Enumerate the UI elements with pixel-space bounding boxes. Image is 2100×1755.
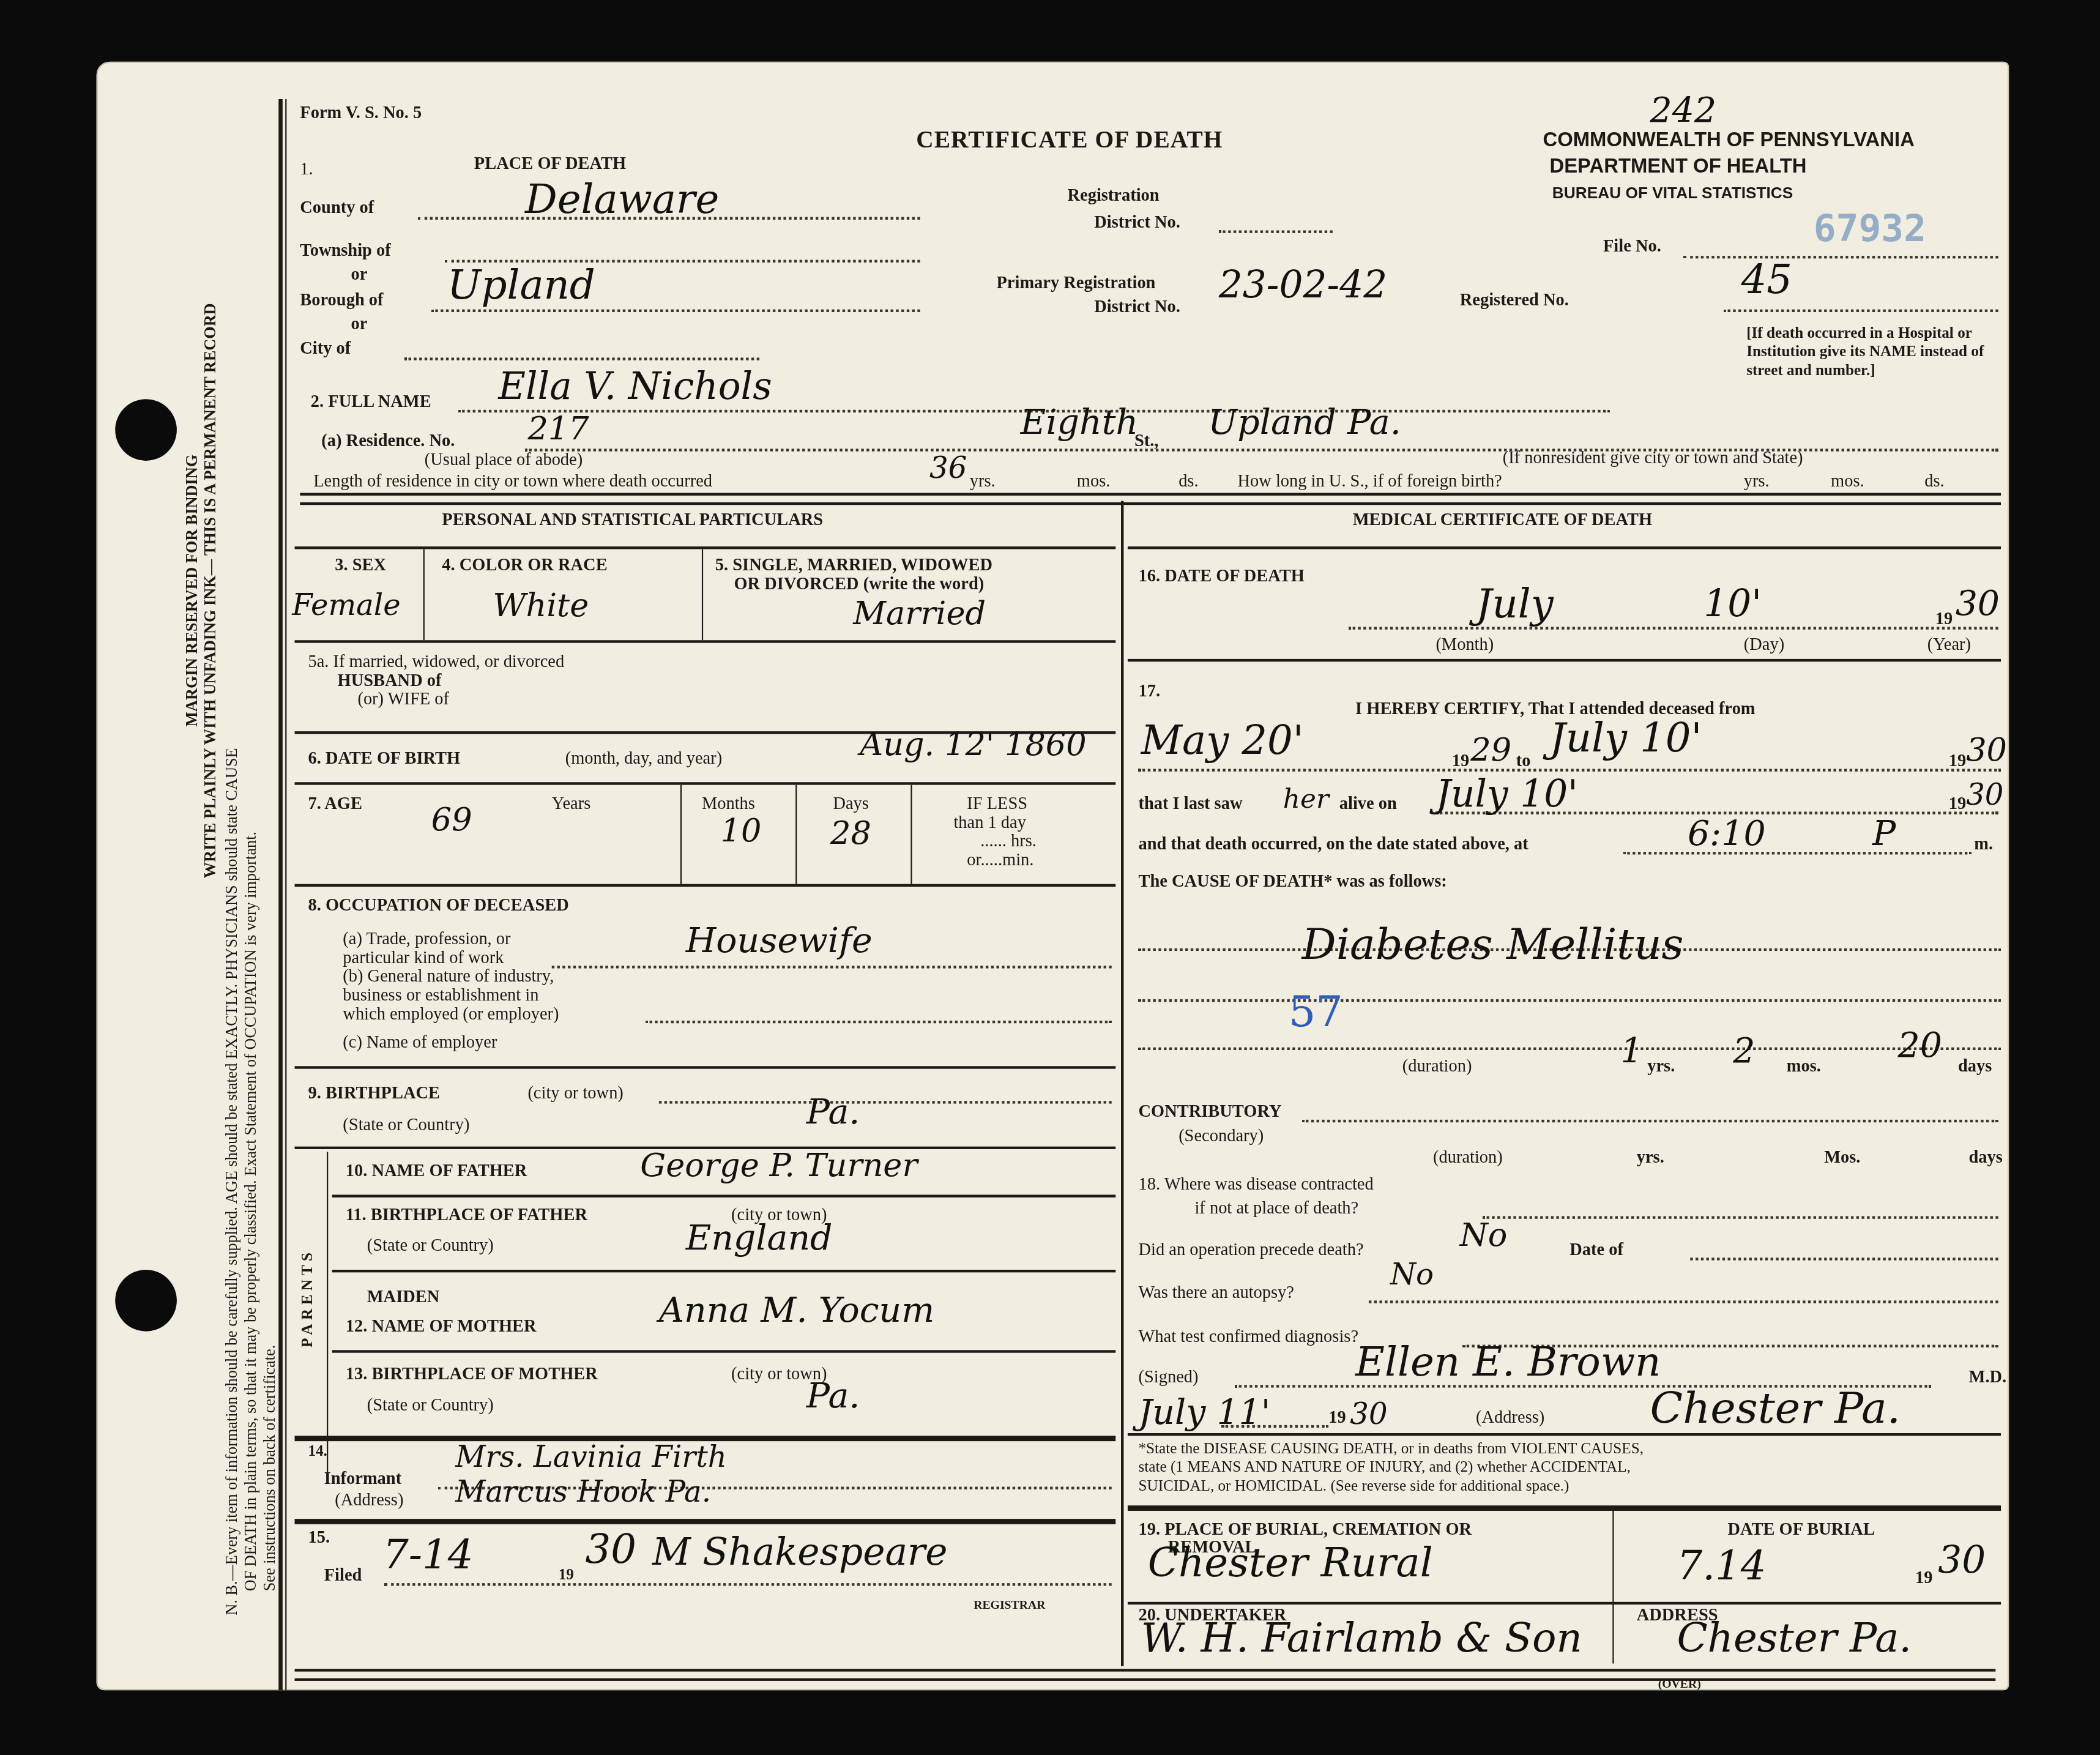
- parents-label: PARENTS: [300, 1248, 316, 1347]
- attended-to: July 10': [1549, 715, 1702, 762]
- race-label: 4. COLOR OR RACE: [442, 554, 607, 576]
- operation-date-label: Date of: [1569, 1239, 1623, 1261]
- duration-mos-label: mos.: [1787, 1056, 1821, 1077]
- informant-address-label: (Address): [335, 1489, 403, 1511]
- street-value: Eighth: [1021, 403, 1138, 444]
- age-years-divider: [680, 785, 682, 884]
- undertaker-value: W. H. Fairlamb & Son: [1141, 1615, 1582, 1663]
- secondary-label: (Secondary): [1178, 1125, 1264, 1147]
- certificate-title: CERTIFICATE OF DEATH: [916, 126, 1223, 154]
- month-hint: (Month): [1435, 633, 1494, 655]
- certify-number: 17.: [1138, 680, 1160, 702]
- length-of-residence-years: 36: [929, 453, 967, 486]
- attended-from: May 20': [1141, 718, 1304, 765]
- dod-month: July: [1476, 581, 1554, 628]
- length-ds-label: ds.: [1178, 470, 1198, 491]
- death-time-label: and that death occurred, on the date sta…: [1138, 833, 1528, 854]
- duration-days-label: days: [1958, 1056, 1992, 1077]
- mother-label: 12. NAME OF MOTHER: [346, 1315, 537, 1336]
- burial-date-year: 30: [1938, 1538, 1986, 1582]
- section-divider-top: [300, 493, 2001, 505]
- full-name-label: 2. FULL NAME: [311, 391, 431, 412]
- margin-binding-note: MARGIN RESERVED FOR BINDING: [182, 122, 201, 1059]
- occupation-label: 8. OCCUPATION OF DECEASED: [308, 895, 568, 916]
- usual-place-label: (Usual place of abode): [425, 449, 583, 470]
- physician-signature: Ellen E. Brown: [1355, 1340, 1661, 1387]
- length-mos-label: mos.: [1077, 470, 1111, 491]
- file-no-dots: [1683, 256, 1998, 258]
- birthplace-value: Pa.: [806, 1093, 860, 1133]
- registration-label: Registration: [1067, 185, 1159, 206]
- death-time-value: 6:10: [1688, 814, 1766, 855]
- burial-column-divider: [1612, 1511, 1614, 1664]
- primary-district-no-label: District No.: [1094, 296, 1180, 318]
- last-saw-date: July 10': [1435, 772, 1578, 816]
- filed-label: Filed: [324, 1565, 362, 1586]
- footnote-line-2: state (1 MEANS AND NATURE OF INJURY, and…: [1138, 1460, 1630, 1476]
- hospital-note: [If death occurred in a Hospital or Inst…: [1746, 324, 1993, 381]
- left-border-inner: [285, 99, 286, 1690]
- contracted-dots: [1483, 1216, 1998, 1218]
- birthplace-dots: [659, 1101, 1112, 1103]
- county-value: Delaware: [525, 177, 719, 224]
- cause-code-blue: 57: [1289, 986, 1343, 1037]
- informant-address-value: Marcus Hook Pa.: [455, 1476, 711, 1510]
- if-less-4: or.....min.: [967, 849, 1033, 871]
- length-of-residence-label: Length of residence in city or town wher…: [313, 470, 712, 491]
- divider-birthplace: [295, 1066, 1116, 1068]
- certificate-paper: MARGIN RESERVED FOR BINDING WRITE PLAINL…: [97, 62, 2009, 1691]
- father-birthplace-state: (State or Country): [367, 1235, 494, 1256]
- father-label: 10. NAME OF FATHER: [346, 1160, 527, 1182]
- residence-number: 217: [527, 410, 589, 447]
- father-birthplace-label: 11. BIRTHPLACE OF FATHER: [346, 1204, 587, 1226]
- mother-birthplace-state: (State or Country): [367, 1395, 494, 1416]
- sex-race-divider: [423, 549, 425, 640]
- maiden-label: MAIDEN: [367, 1286, 440, 1307]
- foreign-birth-label: How long in U. S., if of foreign birth?: [1237, 470, 1502, 491]
- agency-bureau: BUREAU OF VITAL STATISTICS: [1552, 184, 1793, 203]
- signed-address-label: (Address): [1476, 1406, 1544, 1428]
- last-saw-pronoun: her: [1283, 782, 1329, 814]
- from-19: 19: [1452, 750, 1469, 772]
- registered-no-label: Registered No.: [1460, 289, 1569, 311]
- filed-number: 15.: [308, 1527, 330, 1548]
- mother-birthplace-label: 13. BIRTHPLACE OF MOTHER: [346, 1363, 598, 1385]
- last-year: 30: [1966, 780, 2003, 813]
- dod-day: 10': [1703, 581, 1762, 625]
- to-19: 19: [1949, 750, 1966, 772]
- mother-birthplace-value: Pa.: [806, 1377, 860, 1417]
- informant-label: Informant: [324, 1468, 401, 1489]
- borough-dots: [431, 310, 920, 312]
- ward-value: Upland Pa.: [1208, 403, 1401, 444]
- divider-informant: [295, 1436, 1116, 1441]
- margin-instructions-note: See instructions on back of certificate.: [260, 118, 279, 1615]
- duration-years: 1: [1620, 1031, 1642, 1071]
- filed-date: 7-14: [383, 1532, 474, 1579]
- age-label: 7. AGE: [308, 793, 362, 814]
- age-days-value: 28: [830, 814, 871, 852]
- divider-filed: [295, 1519, 1116, 1524]
- race-value: White: [493, 587, 589, 624]
- occupation-a-value: Housewife: [686, 922, 873, 962]
- filed-19: 19: [559, 1567, 574, 1583]
- informant-value: Mrs. Lavinia Firth: [455, 1441, 727, 1475]
- duration2-yrs: yrs.: [1637, 1147, 1664, 1168]
- borough-value: Upland: [447, 263, 595, 310]
- registered-no-value: 45: [1741, 257, 1792, 304]
- mother-value: Anna M. Yocum: [659, 1291, 934, 1332]
- or-label-2: or: [351, 313, 367, 335]
- duration-days: 20: [1898, 1026, 1942, 1067]
- county-label: County of: [300, 197, 374, 218]
- day-hint: (Day): [1744, 633, 1784, 655]
- primary-registration-label: Primary Registration: [996, 272, 1155, 293]
- to-year: 30: [1966, 731, 2007, 769]
- signed-date-dots: [1221, 1425, 1328, 1428]
- burial-date-value: 7.14: [1677, 1543, 1766, 1590]
- occupation-a-dots: [552, 966, 1112, 968]
- divider-occupation: [295, 884, 1116, 887]
- age-years-value: 69: [431, 801, 472, 838]
- filed-dots: [384, 1583, 1112, 1585]
- dob-label: 6. DATE OF BIRTH: [308, 747, 460, 769]
- parents-bracket: [327, 1152, 328, 1473]
- operation-date-dots: [1690, 1258, 1998, 1260]
- autopsy-label: Was there an autopsy?: [1138, 1282, 1294, 1303]
- binding-hole-bottom: [115, 1270, 177, 1332]
- duration2-label: (duration): [1433, 1147, 1503, 1168]
- autopsy-value: No: [1390, 1259, 1434, 1292]
- to-label: to: [1516, 750, 1531, 772]
- marital-label-2: OR DIVORCED (write the word): [734, 573, 984, 595]
- md-label: M.D.: [1969, 1366, 2007, 1388]
- informant-number: 14.: [308, 1444, 327, 1460]
- cause-label: The CAUSE OF DEATH* was as follows:: [1138, 871, 1447, 892]
- cause-value: Diabetes Mellitus: [1302, 919, 1684, 970]
- operation-value: No: [1460, 1216, 1508, 1253]
- nonresident-note: (If nonresident give city or town and St…: [1503, 447, 1803, 469]
- file-no-label: File No.: [1603, 236, 1661, 257]
- street-label: St.,: [1134, 430, 1159, 452]
- agency-department: DEPARTMENT OF HEALTH: [1549, 155, 1806, 178]
- year-hint: (Year): [1927, 633, 1971, 655]
- m-label: m.: [1974, 833, 1993, 854]
- dod-dots: [1349, 627, 1998, 629]
- length-yrs-label: yrs.: [970, 470, 996, 491]
- contracted-label-2: if not at place of death?: [1194, 1198, 1358, 1219]
- divider-mother: [332, 1270, 1115, 1272]
- foreign-ds-label: ds.: [1924, 470, 1944, 491]
- medical-heading: MEDICAL CERTIFICATE OF DEATH: [1353, 509, 1652, 531]
- birthplace-state-label: (State or Country): [343, 1114, 469, 1136]
- divider-age: [295, 782, 1116, 784]
- district-no-label: District No.: [1094, 212, 1180, 233]
- divider-medical: [1128, 546, 2001, 549]
- from-year: 29: [1470, 731, 1511, 769]
- duration2-mos: Mos.: [1824, 1147, 1860, 1168]
- duration-yrs-label: yrs.: [1647, 1056, 1675, 1077]
- operation-label: Did an operation precede death?: [1138, 1239, 1363, 1261]
- full-name-value: Ella V. Nichols: [498, 364, 772, 408]
- file-number-stamp: 67932: [1814, 206, 1927, 250]
- place-of-death-number: 1.: [300, 158, 313, 179]
- registered-no-dots: [1724, 310, 1998, 312]
- divider-spouse: [295, 640, 1116, 643]
- handwritten-top-number: 242: [1650, 91, 1717, 132]
- father-birthplace-value: England: [686, 1219, 833, 1259]
- signed-address-value: Chester Pa.: [1650, 1382, 1901, 1433]
- contributory-label: CONTRIBUTORY: [1138, 1101, 1281, 1122]
- personal-heading: PERSONAL AND STATISTICAL PARTICULARS: [442, 509, 823, 531]
- last-19: 19: [1949, 793, 1966, 814]
- margin-nb-note: N. B.—Every item of information should b…: [222, 142, 241, 1615]
- contracted-label-1: 18. Where was disease contracted: [1138, 1173, 1373, 1194]
- footnote-line-3: SUICIDAL, or HOMICIDAL. (See reverse sid…: [1138, 1478, 1569, 1494]
- foreign-yrs-label: yrs.: [1744, 470, 1770, 491]
- test-label: What test confirmed diagnosis?: [1138, 1326, 1358, 1347]
- age-months-divider: [795, 785, 797, 884]
- place-of-death-heading: PLACE OF DEATH: [474, 153, 626, 174]
- city-dots: [404, 357, 759, 360]
- birthplace-hint: (city or town): [527, 1082, 623, 1104]
- death-time-ampm: P: [1872, 814, 1896, 855]
- city-label: City of: [300, 338, 351, 359]
- undertaker-address-value: Chester Pa.: [1677, 1615, 1912, 1663]
- divider-burial: [1128, 1505, 2001, 1511]
- over-label: (OVER): [1658, 1677, 1701, 1690]
- duration-months: 2: [1733, 1031, 1755, 1071]
- divider-footnote: [1128, 1433, 2001, 1436]
- left-border: [278, 99, 283, 1690]
- father-value: George P. Turner: [640, 1147, 917, 1184]
- signed-year: 30: [1350, 1398, 1387, 1432]
- foreign-mos-label: mos.: [1831, 470, 1864, 491]
- cause-dots-2: [1138, 999, 2001, 1002]
- cause-dots-3: [1138, 1048, 2001, 1050]
- divider-personal: [295, 546, 1116, 549]
- duration2-days: days: [1969, 1147, 2003, 1168]
- binding-hole-top: [115, 399, 177, 461]
- section-divider-bottom: [295, 1669, 1996, 1681]
- primary-district-no-value: 23-02-42: [1219, 263, 1387, 307]
- birthplace-label: 9. BIRTHPLACE: [308, 1082, 440, 1104]
- agency-commonwealth: COMMONWEALTH OF PENNSYLVANIA: [1543, 129, 1914, 151]
- borough-label: Borough of: [300, 289, 383, 311]
- years-label: Years: [552, 793, 591, 814]
- margin-ink-note: WRITE PLAINLY WITH UNFADING INK— THIS IS…: [201, 122, 220, 1059]
- race-marital-divider: [702, 549, 703, 640]
- district-no-dots: [1219, 230, 1333, 233]
- age-months-value: 10: [721, 811, 762, 849]
- township-label: Township of: [300, 240, 390, 261]
- marital-value: Married: [853, 595, 986, 632]
- divider-father-bp: [332, 1194, 1115, 1197]
- occupation-b-dots: [646, 1021, 1112, 1023]
- burial-date-19: 19: [1915, 1567, 1932, 1589]
- certificate-scan: MARGIN RESERVED FOR BINDING WRITE PLAINL…: [0, 0, 2100, 1754]
- death-time-dots: [1623, 852, 1972, 854]
- column-divider: [1121, 501, 1123, 1666]
- dod-19: 19: [1935, 608, 1953, 630]
- dob-hint: (month, day, and year): [565, 747, 723, 769]
- age-days-divider: [910, 785, 912, 884]
- divider-certify: [1128, 659, 2001, 661]
- sex-value: Female: [292, 589, 401, 623]
- signed-19: 19: [1328, 1406, 1346, 1428]
- margin-cause-note: OF DEATH in plain terms, so that it may …: [241, 118, 260, 1615]
- footnote-line-1: *State the DISEASE CAUSING DEATH, or in …: [1138, 1441, 1643, 1457]
- alive-on-label: alive on: [1339, 793, 1397, 814]
- dob-value: Aug. 12' 1860: [860, 726, 1086, 763]
- duration-label: (duration): [1402, 1056, 1472, 1077]
- form-number: Form V. S. No. 5: [300, 102, 422, 123]
- occupation-b3: which employed (or employer): [343, 1003, 559, 1024]
- or-label-1: or: [351, 264, 367, 285]
- sex-label: 3. SEX: [335, 554, 386, 576]
- spouse-label-3: (or) WIFE of: [357, 688, 449, 710]
- last-saw-label: that I last saw: [1138, 793, 1242, 814]
- date-of-death-label: 16. DATE OF DEATH: [1138, 565, 1304, 587]
- burial-place-value: Chester Rural: [1148, 1540, 1433, 1587]
- contributory-dots: [1302, 1120, 1998, 1122]
- occupation-c: (c) Name of employer: [343, 1031, 497, 1053]
- dod-year: 30: [1956, 584, 2000, 624]
- divider-mother-bp: [332, 1350, 1115, 1352]
- registrar-label: REGISTRAR: [974, 1598, 1045, 1611]
- autopsy-dots: [1369, 1300, 1998, 1303]
- registrar-signature: M Shakespeare: [652, 1530, 948, 1574]
- days-label: Days: [833, 793, 868, 814]
- signed-label: (Signed): [1138, 1366, 1198, 1388]
- burial-date-label: DATE OF BURIAL: [1728, 1519, 1875, 1540]
- filed-year: 30: [586, 1527, 637, 1574]
